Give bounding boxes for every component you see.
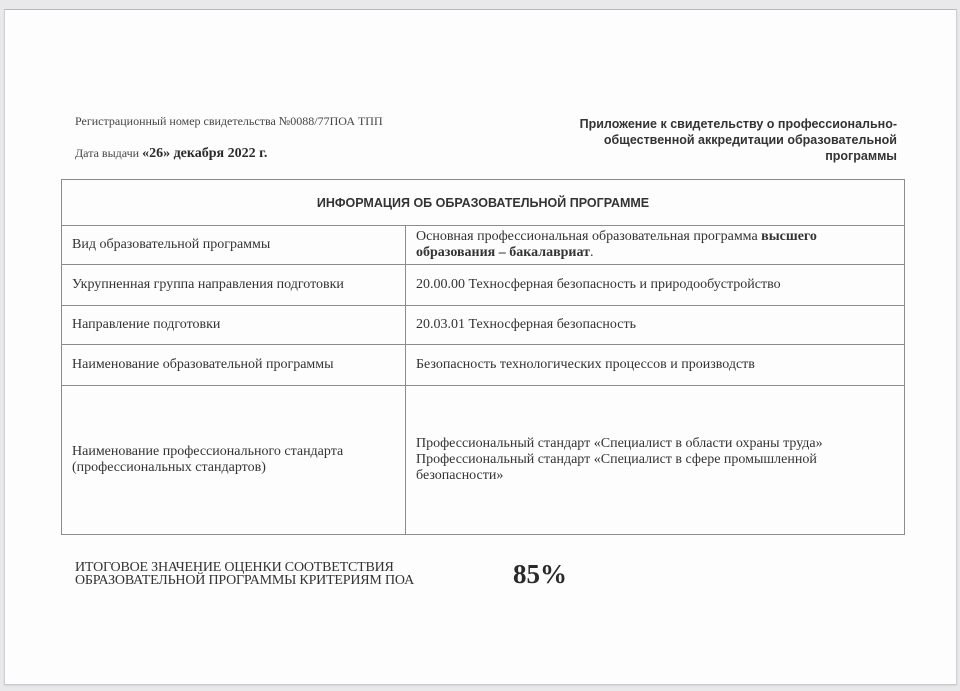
row-value: Профессиональный стандарт «Специалист в … xyxy=(406,386,905,535)
row-value-line: Профессиональный стандарт «Специалист в … xyxy=(416,436,894,452)
final-score-label: Итоговое значение оценки соответствия об… xyxy=(75,561,414,587)
final-score-label-line: образовательной программы критериям ПОА xyxy=(75,574,414,587)
row-label: Направление подготовки xyxy=(62,306,406,345)
table-row: Укрупненная группа направления подготовк… xyxy=(62,265,905,306)
document-page: Регистрационный номер свидетельства №008… xyxy=(4,9,957,685)
row-value: Безопасность технологических процессов и… xyxy=(406,345,905,386)
table-row: Направление подготовки 20.03.01 Техносфе… xyxy=(62,306,905,345)
row-label: Укрупненная группа направления подготовк… xyxy=(62,265,406,306)
row-label: Вид образовательной программы xyxy=(62,226,406,265)
issue-date-label: Дата выдачи xyxy=(75,146,139,160)
row-value: 20.03.01 Техносферная безопасность xyxy=(406,306,905,345)
appendix-title-line: общественной аккредитации образовательно… xyxy=(525,132,897,148)
row-value-tail: . xyxy=(590,245,594,260)
final-score-value: 85% xyxy=(513,559,567,590)
appendix-title-line: программы xyxy=(525,148,897,164)
table-header-row: ИНФОРМАЦИЯ ОБ ОБРАЗОВАТЕЛЬНОЙ ПРОГРАММЕ xyxy=(62,180,905,226)
row-value-text: Основная профессиональная образовательна… xyxy=(416,229,761,244)
table-row: Наименование профессионального стандарта… xyxy=(62,386,905,535)
row-value-line: Профессиональный стандарт «Специалист в … xyxy=(416,452,894,484)
row-label: Наименование образовательной программы xyxy=(62,345,406,386)
issue-date-value: «26» декабря 2022 г. xyxy=(142,146,267,161)
appendix-title: Приложение к свидетельству о профессиона… xyxy=(525,116,897,164)
row-value: 20.00.00 Техносферная безопасность и при… xyxy=(406,265,905,306)
issue-date: Дата выдачи «26» декабря 2022 г. xyxy=(75,146,267,162)
row-label-line: (профессиональных стандартов) xyxy=(72,460,395,476)
table-row: Наименование образовательной программы Б… xyxy=(62,345,905,386)
appendix-title-line: Приложение к свидетельству о профессиона… xyxy=(525,116,897,132)
registration-number: Регистрационный номер свидетельства №008… xyxy=(75,114,383,129)
table-row: Вид образовательной программы Основная п… xyxy=(62,226,905,265)
program-info-table: ИНФОРМАЦИЯ ОБ ОБРАЗОВАТЕЛЬНОЙ ПРОГРАММЕ … xyxy=(61,179,905,535)
row-label-line: Наименование профессионального стандарта xyxy=(72,444,395,460)
row-label: Наименование профессионального стандарта… xyxy=(62,386,406,535)
row-value: Основная профессиональная образовательна… xyxy=(406,226,905,265)
table-title: ИНФОРМАЦИЯ ОБ ОБРАЗОВАТЕЛЬНОЙ ПРОГРАММЕ xyxy=(62,180,905,226)
